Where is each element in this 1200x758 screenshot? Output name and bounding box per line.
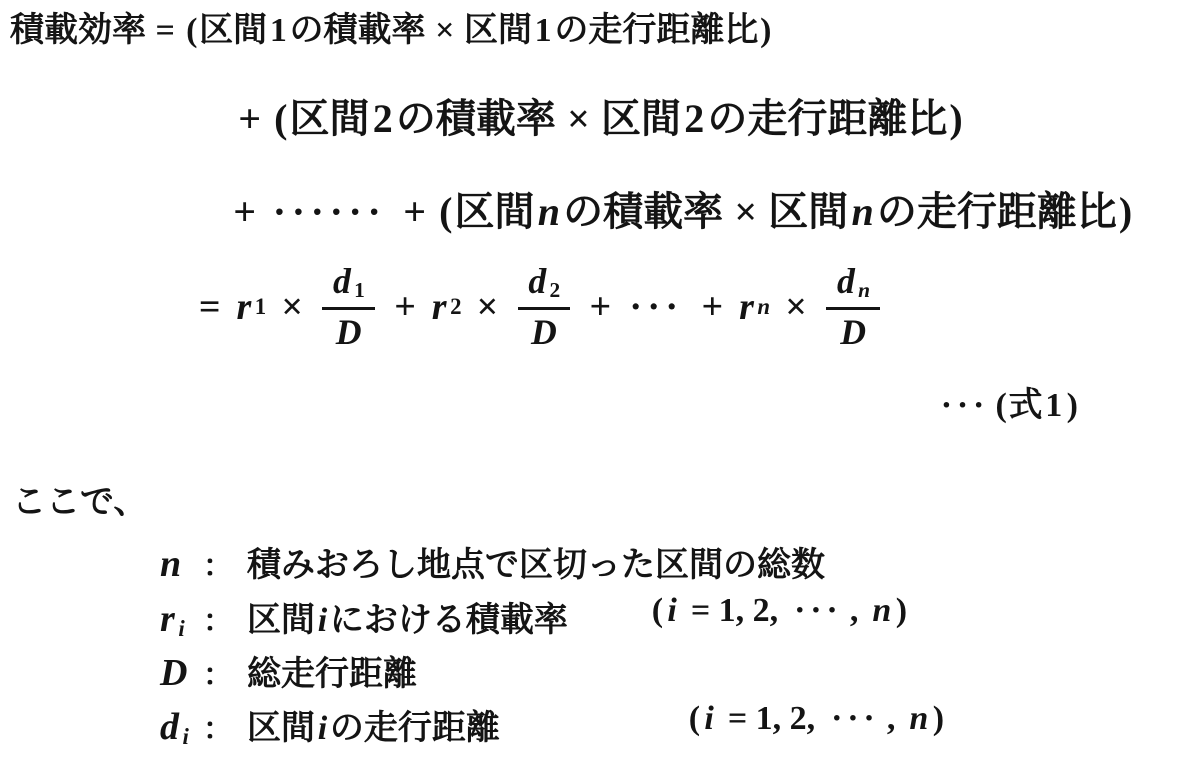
definition-row-di: di ： 区間iの走行距離 (i = 1, 2, ···, n) xyxy=(157,700,500,750)
number: 1 xyxy=(535,11,552,50)
variable: i xyxy=(667,592,676,629)
variable: d xyxy=(333,261,351,301)
fraction-denominator: D xyxy=(520,310,567,351)
definition-symbol: n xyxy=(157,542,203,586)
number: 2 xyxy=(373,96,393,142)
definition-colon: ： xyxy=(203,650,233,694)
ellipsis: ··· xyxy=(794,592,842,629)
operator: × xyxy=(567,96,590,142)
variable: i xyxy=(318,710,327,747)
definition-colon: ： xyxy=(203,704,233,748)
text-segment: の走行距離比 xyxy=(554,11,758,50)
definition-row-ri: ri ： 区間iにおける積載率 (i = 1, 2, ···, n) xyxy=(157,592,568,642)
text-segment: の積載率 xyxy=(396,96,556,142)
definition-index-range: (i = 1, 2, ···, n) xyxy=(650,592,909,630)
definition-description: 総走行距離 xyxy=(247,646,417,695)
subscript: 1 xyxy=(354,278,365,302)
subscript: n xyxy=(858,278,870,302)
paren: ) xyxy=(760,11,771,50)
text-segment: 区間 xyxy=(768,189,848,235)
variable: r xyxy=(739,288,754,326)
text-segment: 総走行距離 xyxy=(247,655,417,693)
definition-description: 区間iにおける積載率 xyxy=(247,592,568,641)
text-segment: 区間 xyxy=(247,601,315,639)
subscript: 2 xyxy=(450,296,461,319)
text-segment: 区間 xyxy=(464,11,532,50)
variable: d xyxy=(837,261,855,301)
text-segment: の走行距離比 xyxy=(877,189,1117,235)
definitions-list: n ： 積みおろし地点で区切った区間の総数 ri ： 区間iにおける積載率 (i… xyxy=(157,537,1157,757)
fraction-numerator: d1 xyxy=(322,264,375,310)
subscript: i xyxy=(178,616,184,641)
number: 1 xyxy=(1045,386,1062,425)
definition-description: 積みおろし地点で区切った区間の総数 xyxy=(247,537,825,586)
definition-symbol: di xyxy=(157,705,203,750)
number: , xyxy=(887,700,904,737)
where-clause-intro: ここで、 xyxy=(12,474,147,523)
subscript: 2 xyxy=(549,278,560,302)
definition-symbol: D xyxy=(157,651,203,695)
definition-index-range: (i = 1, 2, ···, n) xyxy=(687,700,946,738)
text-segment: 区間 xyxy=(455,189,535,235)
operator: × xyxy=(477,288,499,326)
operator: × xyxy=(281,288,303,326)
operator: × xyxy=(734,189,757,235)
variable: i xyxy=(704,700,713,737)
text-segment: 式 xyxy=(1009,386,1043,425)
paren: ) xyxy=(896,592,907,629)
equation-line-2: +(区間2の積載率×区間2の走行距離比) xyxy=(227,96,965,142)
text-segment: 区間 xyxy=(601,96,681,142)
subscript: i xyxy=(183,724,189,749)
operator: + xyxy=(403,189,426,235)
definition-symbol: ri xyxy=(157,597,203,642)
definition-row-n: n ： 積みおろし地点で区切った区間の総数 xyxy=(157,537,825,586)
number: 2 xyxy=(684,96,704,142)
number: , xyxy=(850,592,867,629)
load-efficiency-formula-figure: 積載効率=(区間1の積載率×区間1の走行距離比) +(区間2の積載率×区間2の走… xyxy=(0,0,1200,758)
variable: r xyxy=(160,598,175,640)
text-segment: の走行距離比 xyxy=(707,96,947,142)
variable: d xyxy=(528,261,546,301)
equation-number-label: ···(式1) xyxy=(936,386,1080,425)
fraction: d2D xyxy=(518,264,571,351)
paren: ( xyxy=(995,386,1006,425)
text-segment: 区間 xyxy=(247,709,315,747)
fraction: dnD xyxy=(826,264,880,351)
variable: r xyxy=(432,288,447,326)
fraction-denominator: D xyxy=(830,310,877,351)
text-segment: 区間 xyxy=(199,11,267,50)
text-segment: 積載効率 xyxy=(10,11,146,50)
variable: D xyxy=(840,312,866,352)
paren: ) xyxy=(1119,189,1132,235)
variable: d xyxy=(160,706,179,748)
paren: ) xyxy=(949,96,962,142)
number: = 1, 2, xyxy=(719,700,823,737)
operator: = xyxy=(156,11,175,50)
equation-line-4-symbolic: =r1×d1D+r2×d2D+···+rn×dnD xyxy=(186,256,886,358)
ellipsis: ··· xyxy=(629,288,683,326)
fraction-numerator: d2 xyxy=(518,264,571,310)
fraction-denominator: D xyxy=(325,310,372,351)
text-segment: 積みおろし地点で区切った区間の総数 xyxy=(247,546,825,584)
operator: + xyxy=(238,96,261,142)
ellipsis: ··· xyxy=(831,700,879,737)
operator: × xyxy=(785,288,807,326)
text-segment: における積載率 xyxy=(330,601,568,639)
definition-colon: ： xyxy=(203,596,233,640)
fraction: d1D xyxy=(322,264,375,351)
text-segment: 区間 xyxy=(290,96,370,142)
paren: ( xyxy=(652,592,663,629)
paren: ( xyxy=(274,96,287,142)
text-segment: の積載率 xyxy=(290,11,426,50)
paren: ( xyxy=(186,11,197,50)
fraction-numerator: dn xyxy=(826,264,880,310)
definition-row-D: D ： 総走行距離 xyxy=(157,646,417,695)
number: 1 xyxy=(270,11,287,50)
text-segment: の積載率 xyxy=(563,189,723,235)
variable: n xyxy=(909,700,928,737)
ellipsis: ······ xyxy=(273,189,387,235)
text-segment: の走行距離 xyxy=(330,709,500,747)
definition-colon: ： xyxy=(203,541,233,585)
variable: D xyxy=(531,312,557,352)
operator: + xyxy=(394,288,416,326)
subscript: n xyxy=(757,296,770,319)
paren: ) xyxy=(933,700,944,737)
variable: n xyxy=(538,189,560,235)
ellipsis: ··· xyxy=(941,386,989,425)
operator: = xyxy=(199,288,221,326)
paren: ) xyxy=(1067,386,1078,425)
subscript: 1 xyxy=(255,296,266,319)
definition-description: 区間iの走行距離 xyxy=(247,700,500,749)
variable: D xyxy=(336,312,362,352)
variable: i xyxy=(318,602,327,639)
number: = 1, 2, xyxy=(682,592,786,629)
paren: ( xyxy=(439,189,452,235)
variable: n xyxy=(851,189,873,235)
variable: r xyxy=(237,288,252,326)
operator: + xyxy=(589,288,611,326)
equation-line-1: 積載効率=(区間1の積載率×区間1の走行距離比) xyxy=(10,11,773,50)
paren: ( xyxy=(689,700,700,737)
variable: n xyxy=(872,592,891,629)
operator: + xyxy=(233,189,256,235)
operator: × xyxy=(435,11,454,50)
variable: D xyxy=(160,652,187,694)
operator: + xyxy=(702,288,724,326)
equation-line-3: +······+(区間nの積載率×区間nの走行距離比) xyxy=(222,189,1134,235)
variable: n xyxy=(160,543,181,585)
